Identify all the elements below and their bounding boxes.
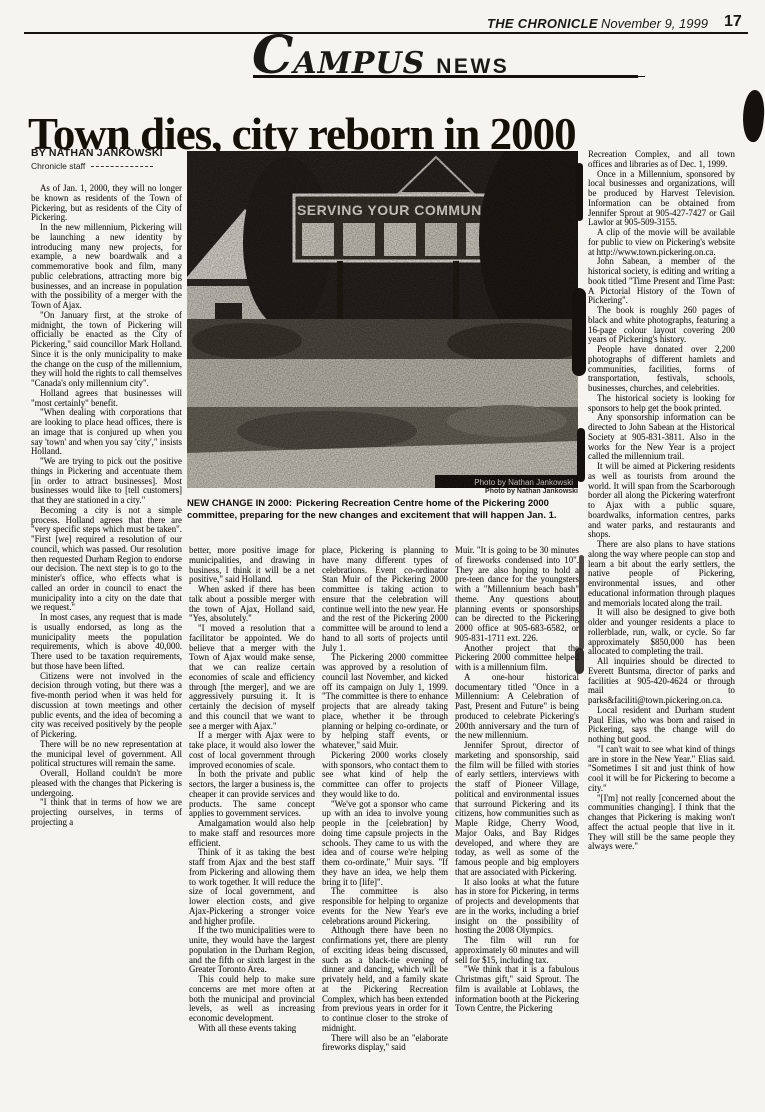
article-column-3: place, Pickering is planning to have man… <box>322 546 448 1108</box>
paragraph: Amalgamation would also help to make sta… <box>189 819 315 848</box>
byline-author: BY NATHAN JANKOWSKI <box>31 147 183 159</box>
paragraph: The committee is also responsible for he… <box>322 887 448 926</box>
paragraph: "I moved a resolution that a facilitator… <box>189 624 315 731</box>
paragraph: As of Jan. 1, 2000, they will no longer … <box>31 184 182 223</box>
paragraph: The book is roughly 260 pages of black a… <box>588 306 735 345</box>
masthead-date: November 9, 1999 <box>601 16 708 31</box>
paragraph: In the new millennium, Pickering will be… <box>31 223 182 311</box>
article-column-1: As of Jan. 1, 2000, they will no longer … <box>31 184 182 1108</box>
paragraph: If a merger with Ajax were to take place… <box>189 731 315 770</box>
scan-artifact <box>577 428 585 482</box>
photo-caption: NEW CHANGE IN 2000:Pickering Recreation … <box>187 498 578 521</box>
photo-credit: Photo by Nathan Jankowski <box>187 488 578 495</box>
paragraph: Think of it as taking the best staff fro… <box>189 848 315 926</box>
paragraph: In most cases, any request that is made … <box>31 613 182 672</box>
masthead-paper-name: THE CHRONICLE <box>487 16 598 31</box>
paragraph: Pickering 2000 works closely with sponso… <box>322 751 448 800</box>
paragraph: Once in a Millennium, sponsored by local… <box>588 170 735 229</box>
paragraph: When asked if there has been talk about … <box>189 585 315 624</box>
paragraph: Citizens were not involved in the decisi… <box>31 672 182 740</box>
scan-artifact <box>576 163 583 221</box>
paragraph: "On January first, at the stroke of midn… <box>31 311 182 389</box>
byline: BY NATHAN JANKOWSKI Chronicle staff <box>31 147 183 171</box>
paragraph: "We are trying to pick out the positive … <box>31 457 182 506</box>
photo-caption-lead: NEW CHANGE IN 2000: <box>187 498 292 509</box>
scan-artifact <box>579 555 584 650</box>
page-number: 17 <box>724 13 742 31</box>
paragraph: There are also plans to have stations al… <box>588 540 735 608</box>
scan-artifact <box>575 648 584 674</box>
paragraph: Holland agrees that businesses will "mos… <box>31 389 182 409</box>
paragraph: In both the private and public sectors, … <box>189 770 315 819</box>
photo-illustration: SERVING YOUR COMMUNITY Photo by Nathan J… <box>187 151 578 488</box>
paragraph: People have donated over 2,200 photograp… <box>588 345 735 394</box>
paragraph: "We've got a sponsor who came up with an… <box>322 800 448 888</box>
paragraph: It also looks at what the future has in … <box>455 878 579 937</box>
paragraph: It will also be designed to give both ol… <box>588 608 735 657</box>
paragraph: Local resident and Durham student Paul E… <box>588 706 735 745</box>
paragraph: Recreation Complex, and all town offices… <box>588 150 735 170</box>
paragraph: "I can't wait to see what kind of things… <box>588 745 735 794</box>
paragraph: Muir. "It is going to be 30 minutes of f… <box>455 546 579 644</box>
section-rule-thin <box>560 76 645 77</box>
paragraph: "When dealing with corporations that are… <box>31 408 182 457</box>
paragraph: If the two municipalities were to unite,… <box>189 926 315 975</box>
paragraph: There will also be an "elaborate firewor… <box>322 1034 448 1054</box>
paragraph: This could help to make sure concerns ar… <box>189 975 315 1024</box>
article-column-5: Recreation Complex, and all town offices… <box>588 150 735 1108</box>
paragraph: With all these events taking <box>189 1024 315 1034</box>
paragraph: The historical society is looking for sp… <box>588 394 735 414</box>
byline-role-text: Chronicle staff <box>31 161 85 171</box>
photo-sign-text: SERVING YOUR COMMUNITY <box>297 202 505 218</box>
paragraph: Overall, Holland couldn't be more please… <box>31 769 182 798</box>
paragraph: Any sponsorship information can be direc… <box>588 413 735 462</box>
paragraph: It will be aimed at Pickering residents … <box>588 462 735 540</box>
article-column-4: Muir. "It is going to be 30 minutes of f… <box>455 546 579 1108</box>
paragraph: The Pickering 2000 committee was approve… <box>322 653 448 751</box>
photo-credit-overlay: Photo by Nathan Jankowski <box>474 478 573 487</box>
paragraph: A one-hour historical documentary titled… <box>455 673 579 741</box>
paragraph: All inquiries should be directed to Ever… <box>588 657 735 706</box>
byline-role: Chronicle staff <box>31 161 183 171</box>
paragraph: "I think that in terms of how we are pro… <box>31 798 182 827</box>
paragraph: "We think that it is a fabulous Christma… <box>455 965 579 1014</box>
paragraph: better, more positive image for municipa… <box>189 546 315 585</box>
scan-artifact <box>572 288 586 376</box>
paragraph: There will be no new representation at t… <box>31 740 182 769</box>
paragraph: John Sabean, a member of the historical … <box>588 257 735 306</box>
article-column-2: better, more positive image for municipa… <box>189 546 315 1108</box>
paragraph: The film will run for approximately 60 m… <box>455 936 579 965</box>
paragraph: Jennifer Sprout, director of marketing a… <box>455 741 579 878</box>
paragraph: Although there have been no confirmation… <box>322 926 448 1033</box>
paragraph: place, Pickering is planning to have man… <box>322 546 448 653</box>
article-photo: SERVING YOUR COMMUNITY Photo by Nathan J… <box>187 151 578 488</box>
byline-rule <box>91 166 153 167</box>
paragraph: "[I'm] not really [concerned about the c… <box>588 794 735 853</box>
paragraph: A clip of the movie will be available fo… <box>588 228 735 257</box>
paragraph: Becoming a city is not a simple process.… <box>31 506 182 613</box>
paragraph: Another project that the Pickering 2000 … <box>455 644 579 673</box>
